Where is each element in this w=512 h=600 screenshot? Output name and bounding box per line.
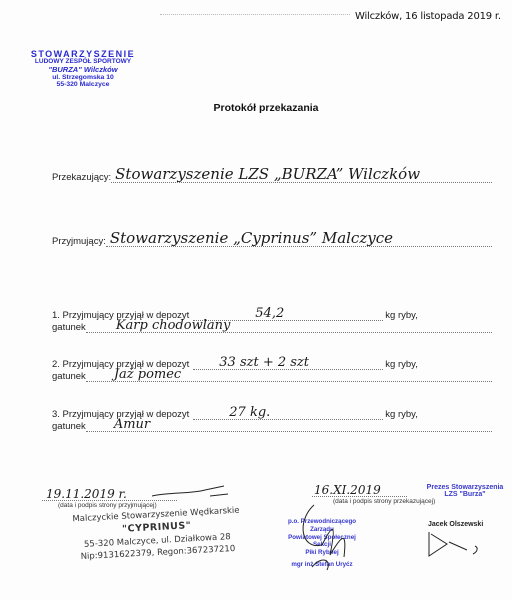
receiver-signature-caption: (data i podpis strony przyjmującej) xyxy=(58,502,157,509)
receiver-signature-date: 19.11.2019 r. xyxy=(46,487,127,501)
president-name: Jacek Olszewski xyxy=(428,521,483,528)
sender-value: Stowarzyszenie LZS „BURZA” Wilczków xyxy=(115,165,420,183)
document-title: Protokół przekazania xyxy=(0,102,512,114)
species-fill: Jaź pomec xyxy=(86,370,492,382)
receiver-stamp: Malczyckie Stowarzyszenie Wędkarskie "CY… xyxy=(51,505,263,564)
species-fill: Karp chodowlany xyxy=(86,321,492,333)
deposit-item-2: 2. Przyjmujący przyjął w depozyt 33 szt … xyxy=(52,358,492,382)
receiver-label: Przyjmujący: xyxy=(52,236,106,247)
president-signature-scribble xyxy=(425,530,485,560)
item-species: Amur xyxy=(114,417,150,432)
item-amount: 27 kg. xyxy=(229,405,270,420)
stamp-line: Prezes Stowarzyszenia xyxy=(420,484,510,491)
sender-field: Przekazujący: Stowarzyszenie LZS „BURZA”… xyxy=(52,170,492,183)
amount-fill: 27 kg. xyxy=(193,408,383,420)
item-amount: 54,2 xyxy=(255,306,284,321)
place-date: Wilczków, 16 listopada 2019 r. xyxy=(355,11,501,22)
receiver-value: Stowarzyszenie „Cyprinus” Malczyce xyxy=(110,229,393,247)
species-label: gatunek xyxy=(52,322,86,333)
item-unit: kg ryby, xyxy=(383,310,418,321)
item-unit: kg ryby, xyxy=(383,359,418,370)
receiver-fill: Stowarzyszenie „Cyprinus” Malczyce xyxy=(106,234,492,247)
sender-fill: Stowarzyszenie LZS „BURZA” Wilczków xyxy=(111,170,492,183)
species-fill: Amur xyxy=(86,420,492,432)
stamp-line: 55-320 Malczyce xyxy=(8,81,158,88)
receiver-signature-scribble xyxy=(150,482,230,502)
stamp-line: LZS "Burza" xyxy=(420,491,510,498)
item-species: Jaź pomec xyxy=(114,367,181,382)
receiver-field: Przyjmujący: Stowarzyszenie „Cyprinus” M… xyxy=(52,234,492,247)
sender-president-stamp: Prezes Stowarzyszenia LZS "Burza" xyxy=(420,484,510,499)
deposit-item-3: 3. Przyjmujący przyjął w depozyt 27 kg. … xyxy=(52,408,492,432)
species-label: gatunek xyxy=(52,421,86,432)
sender-stamp: STOWARZYSZENIE LUDOWY ZESPÓŁ SPORTOWY "B… xyxy=(8,50,158,88)
date-dotted-line xyxy=(160,14,350,15)
pzw-signature-scribble xyxy=(292,495,362,575)
stamp-line: "BURZA" Wilczków xyxy=(8,66,158,74)
item-species: Karp chodowlany xyxy=(116,318,231,333)
deposit-item-1: 1. Przyjmujący przyjął w depozyt 54,2 kg… xyxy=(52,309,492,333)
amount-fill: 33 szt + 2 szt xyxy=(193,358,383,370)
species-label: gatunek xyxy=(52,371,86,382)
item-unit: kg ryby, xyxy=(383,409,418,420)
sender-label: Przekazujący: xyxy=(52,172,111,183)
stamp-line: ul. Strzegomska 10 xyxy=(8,74,158,81)
item-amount: 33 szt + 2 szt xyxy=(219,355,309,370)
